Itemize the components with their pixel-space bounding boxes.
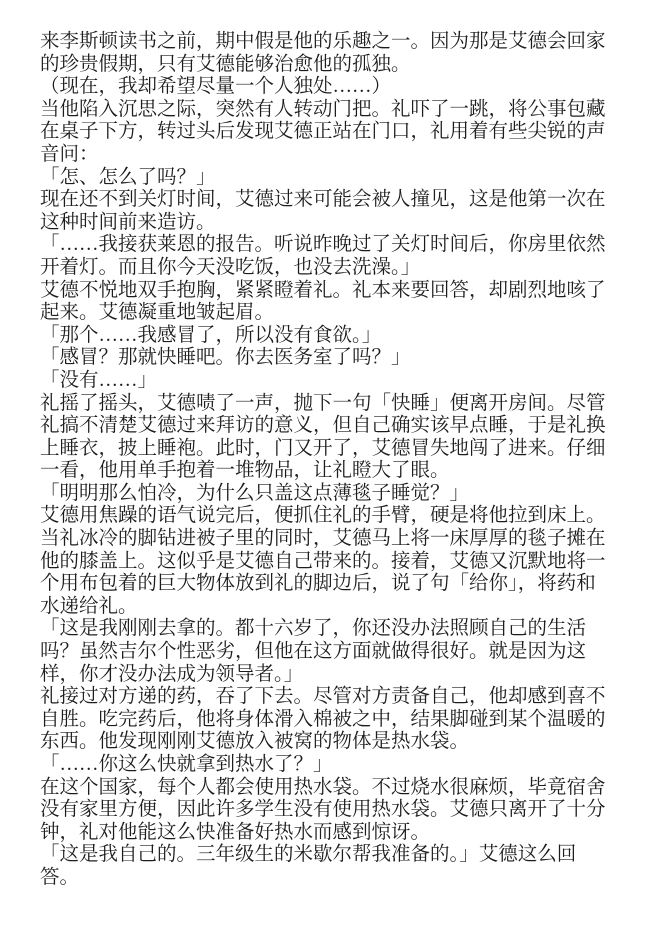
text-line: 他的膝盖上。这似乎是艾德自己带来的。接着，艾德又沉默地将一 — [40, 551, 630, 574]
text-line: （现在，我却希望尽量一个人独处……） — [40, 76, 630, 99]
text-line: 艾德用焦躁的语气说完后，便抓住礼的手臂，硬是将他拉到床上。 — [40, 505, 630, 528]
text-line: 当他陷入沉思之际，突然有人转动门把。礼吓了一跳，将公事包藏 — [40, 99, 630, 122]
text-line: 「感冒？那就快睡吧。你去医务室了吗？」 — [40, 347, 630, 370]
text-line: 礼摇了摇头，艾德啧了一声，抛下一句「快睡」便离开房间。尽管 — [40, 393, 630, 416]
text-line: 没有家里方便，因此许多学生没有使用热水袋。艾德只离开了十分 — [40, 799, 630, 822]
text-line: 钟，礼对他能这么快准备好热水而感到惊讶。 — [40, 822, 630, 845]
text-line: 「……你这么快就拿到热水了？」 — [40, 754, 630, 777]
text-line: 在桌子下方，转过头后发现艾德正站在门口，礼用着有些尖锐的声 — [40, 121, 630, 144]
text-line: 个用布包着的巨大物体放到礼的脚边后，说了句「给你」，将药和 — [40, 573, 630, 596]
text-line: 礼搞不清楚艾德过来拜访的意义，但自己确实该早点睡，于是礼换 — [40, 415, 630, 438]
text-line: 一看，他用单手抱着一堆物品，让礼瞪大了眼。 — [40, 460, 630, 483]
text-line: 「明明那么怕冷，为什么只盖这点薄毯子睡觉？」 — [40, 483, 630, 506]
text-line: 「怎、怎么了吗？」 — [40, 167, 630, 190]
text-line: 现在还不到关灯时间，艾德过来可能会被人撞见，这是他第一次在 — [40, 189, 630, 212]
text-line: 「这是我刚刚去拿的。都十六岁了，你还没办法照顾自己的生活 — [40, 618, 630, 641]
text-line: 「……我接获莱恩的报告。听说昨晚过了关灯时间后，你房里依然 — [40, 234, 630, 257]
text-line: 「那个……我感冒了，所以没有食欲。」 — [40, 325, 630, 348]
text-line: 水递给礼。 — [40, 596, 630, 619]
text-line: 吗？虽然吉尔个性恶劣，但他在这方面就做得很好。就是因为这 — [40, 641, 630, 664]
text-line: 东西。他发现刚刚艾德放入被窝的物体是热水袋。 — [40, 731, 630, 754]
text-line: 上睡衣，披上睡袍。此时，门又开了，艾德冒失地闯了进来。仔细 — [40, 438, 630, 461]
text-line: 这种时间前来造访。 — [40, 212, 630, 235]
text-line: 「没有……」 — [40, 370, 630, 393]
text-line: 开着灯。而且你今天没吃饭，也没去洗澡。」 — [40, 257, 630, 280]
text-line: 礼接过对方递的药，吞了下去。尽管对方责备自己，他却感到喜不 — [40, 686, 630, 709]
text-block: 来李斯顿读书之前，期中假是他的乐趣之一。因为那是艾德会回家的珍贵假期，只有艾德能… — [40, 31, 630, 890]
text-line: 样，你才没办法成为领导者。」 — [40, 664, 630, 687]
text-line: 来李斯顿读书之前，期中假是他的乐趣之一。因为那是艾德会回家 — [40, 31, 630, 54]
text-line: 自胜。吃完药后，他将身体滑入棉被之中，结果脚碰到某个温暖的 — [40, 709, 630, 732]
text-line: 的珍贵假期，只有艾德能够治愈他的孤独。 — [40, 54, 630, 77]
text-line: 音问： — [40, 144, 630, 167]
text-line: 「这是我自己的。三年级生的米歇尔帮我准备的。」艾德这么回 — [40, 844, 630, 867]
text-line: 当礼冰冷的脚钻进被子里的同时，艾德马上将一床厚厚的毯子摊在 — [40, 528, 630, 551]
document-page: 来李斯顿读书之前，期中假是他的乐趣之一。因为那是艾德会回家的珍贵假期，只有艾德能… — [0, 0, 662, 935]
text-line: 起来。艾德凝重地皱起眉。 — [40, 302, 630, 325]
text-line: 在这个国家，每个人都会使用热水袋。不过烧水很麻烦，毕竟宿舍 — [40, 777, 630, 800]
text-line: 艾德不悦地双手抱胸，紧紧瞪着礼。礼本来要回答，却剧烈地咳了 — [40, 280, 630, 303]
text-line: 答。 — [40, 867, 630, 890]
